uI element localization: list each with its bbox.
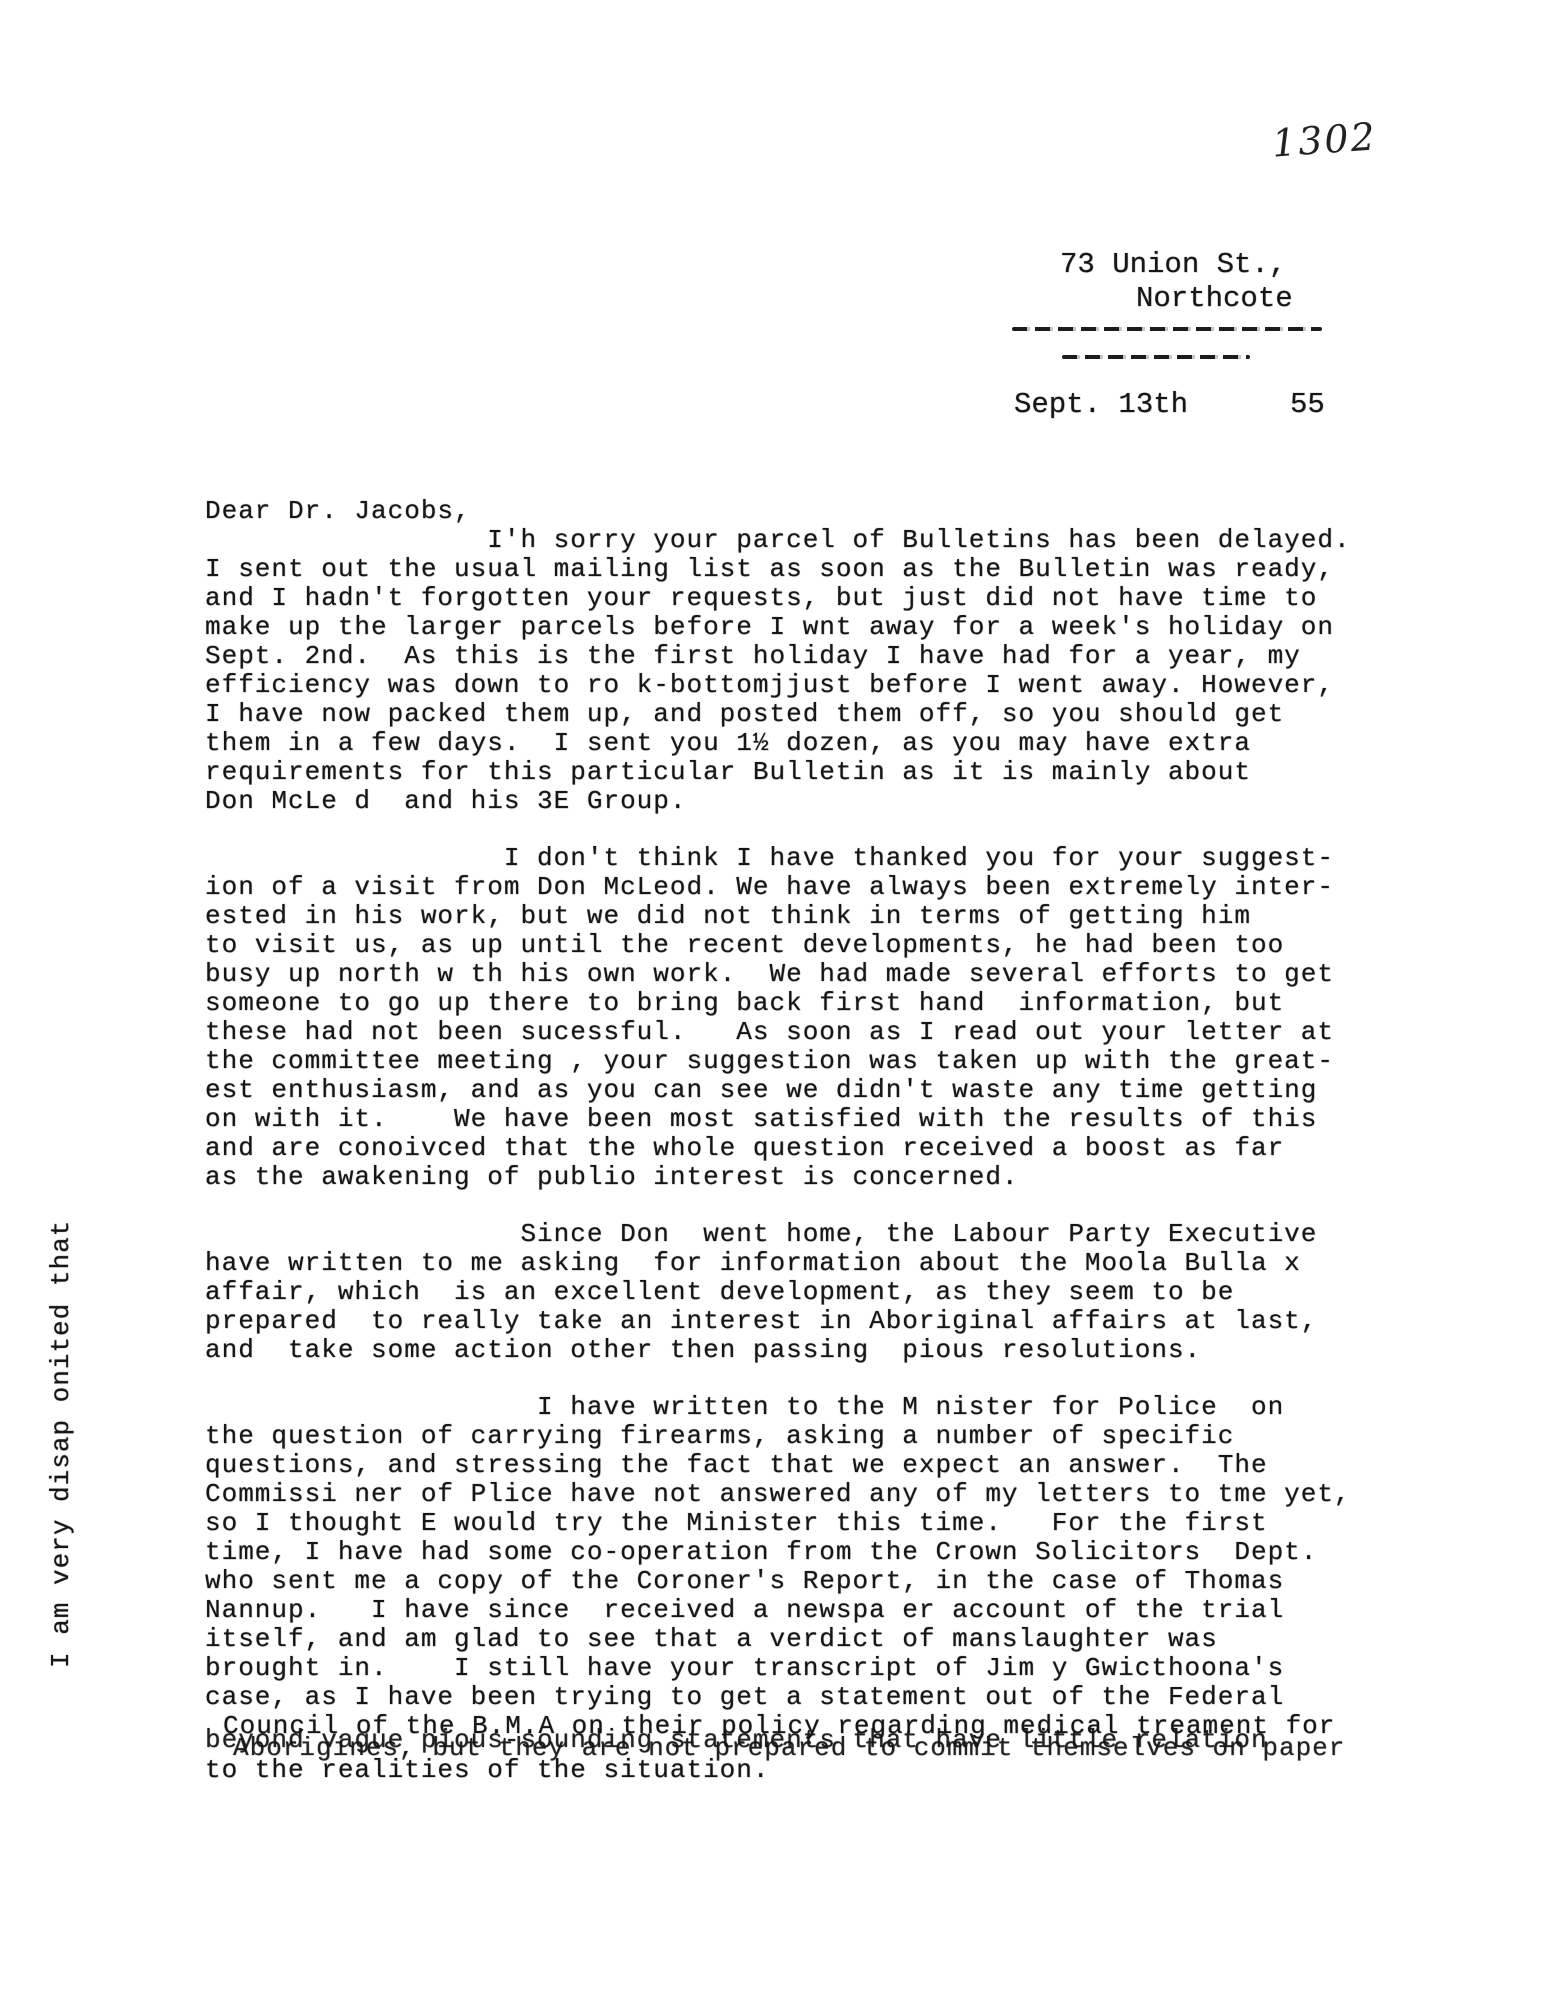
letter-line: ested in his work, but we did not think … <box>205 902 1415 931</box>
letter-line: to visit us, as up until the recent deve… <box>205 931 1415 960</box>
address-underline-rule-1 <box>1012 327 1322 331</box>
sender-address-line1: 73 Union St., <box>1060 248 1286 281</box>
letter-line: on with it. We have been most satisfied … <box>205 1105 1415 1134</box>
letter-line: have written to me asking for informatio… <box>205 1249 1415 1278</box>
letter-line: Nannup. I have since received a newspa e… <box>205 1596 1415 1625</box>
letter-line: Sept. 2nd. As this is the first holiday … <box>205 642 1415 671</box>
letter-line: Since Don went home, the Labour Party Ex… <box>205 1220 1415 1249</box>
letter-line: itself, and am glad to see that a verdic… <box>205 1625 1415 1654</box>
letter-line: ion of a visit from Don McLeod. We have … <box>205 873 1415 902</box>
archive-number-handwritten: 1302 <box>1271 114 1379 165</box>
letter-line: and take some action other then passing … <box>205 1336 1415 1365</box>
letter-line: busy up north w th his own work. We had … <box>205 960 1415 989</box>
salutation: Dear Dr. Jacobs, <box>205 497 1415 526</box>
letter-line: efficiency was down to ro k-bottomjjust … <box>205 671 1415 700</box>
letter-line: I'h sorry your parcel of Bulletins has b… <box>205 526 1415 555</box>
letter-line: as the awakening of publio interest is c… <box>205 1163 1415 1192</box>
letter-year: 55 <box>1290 388 1325 421</box>
address-underline-rule-2 <box>1062 355 1250 359</box>
paragraph: Since Don went home, the Labour Party Ex… <box>205 1220 1415 1365</box>
vertical-margin-note: I am very disap onited that <box>46 1220 76 1668</box>
letter-line: who sent me a copy of the Coroner's Repo… <box>205 1567 1415 1596</box>
letter-line: make up the larger parcels before I wnt … <box>205 613 1415 642</box>
letter-line: I have written to the M nister for Polic… <box>205 1393 1415 1422</box>
letter-line: time, I have had some co-operation from … <box>205 1538 1415 1567</box>
paragraph: I have written to the M nister for Polic… <box>205 1393 1415 1712</box>
letter-line: the question of carrying firearms, askin… <box>205 1422 1415 1451</box>
letter-body: Dear Dr. Jacobs, I'h sorry your parcel o… <box>205 497 1415 1812</box>
letter-line: I sent out the usual mailing list as soo… <box>205 555 1415 584</box>
paragraph: I don't think I have thanked you for you… <box>205 844 1415 1192</box>
sender-address-line2: Northcote <box>1136 282 1293 315</box>
letter-line: brought in. I still have your transcript… <box>205 1654 1415 1683</box>
letter-line: them in a few days. I sent you 1½ dozen,… <box>205 729 1415 758</box>
letter-line: and I hadn't forgotten your requests, bu… <box>205 584 1415 613</box>
letter-line: requirements for this particular Bulleti… <box>205 758 1415 787</box>
paragraph: I'h sorry your parcel of Bulletins has b… <box>205 526 1415 816</box>
letter-line: someone to go up there to bring back fir… <box>205 989 1415 1018</box>
letter-line: and are conoivced that the whole questio… <box>205 1134 1415 1163</box>
letter-line: I have now packed them up, and posted th… <box>205 700 1415 729</box>
overtyped-line-final: to the realities of the situation. <box>205 1756 770 1785</box>
letter-line: the committee meeting , your suggestion … <box>205 1047 1415 1076</box>
letter-line: Don McLe d and his 3E Group. <box>205 787 1415 816</box>
scanned-letter-page: 1302 73 Union St., Northcote Sept. 13th … <box>0 0 1560 2000</box>
overtyped-lines-block: Council of the B.M.A on their policy reg… <box>205 1712 1415 1812</box>
letter-line: questions, and stressing the fact that w… <box>205 1451 1415 1480</box>
letter-line: these had not been sucessful. As soon as… <box>205 1018 1415 1047</box>
letter-date: Sept. 13th <box>1014 388 1188 421</box>
letter-line: case, as I have been trying to get a sta… <box>205 1683 1415 1712</box>
letter-line: so I thought E would try the Minister th… <box>205 1509 1415 1538</box>
letter-line: Commissi ner of Plice have not answered … <box>205 1480 1415 1509</box>
letter-body-paragraphs: I'h sorry your parcel of Bulletins has b… <box>205 526 1415 1712</box>
letter-line: affair, which is an excellent developmen… <box>205 1278 1415 1307</box>
letter-line: prepared to really take an interest in A… <box>205 1307 1415 1336</box>
letter-line: est enthusiasm, and as you can see we di… <box>205 1076 1415 1105</box>
letter-line: I don't think I have thanked you for you… <box>205 844 1415 873</box>
